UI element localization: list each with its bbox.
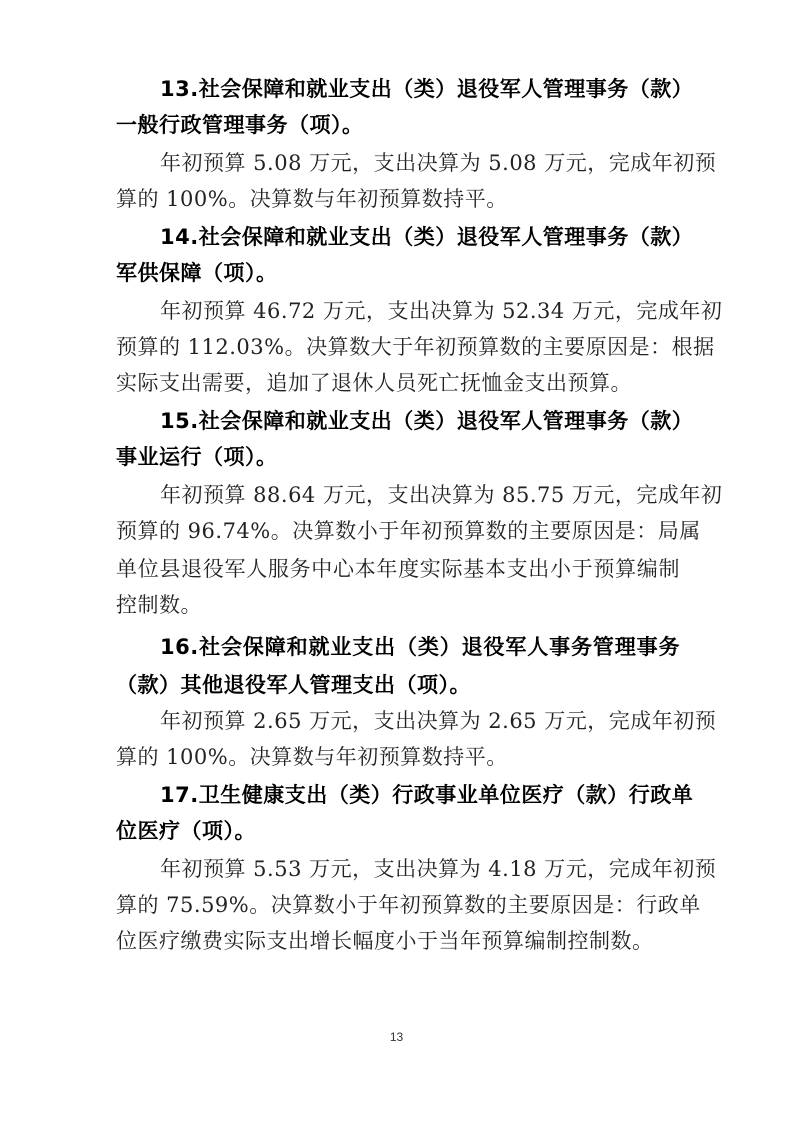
section-body-line: 控制数。 bbox=[116, 587, 680, 623]
section-heading-line: 15.社会保障和就业支出（类）退役军人管理事务（款） bbox=[160, 403, 680, 439]
document-page: 13.社会保障和就业支出（类）退役军人管理事务（款） 一般行政管理事务（项）。 … bbox=[0, 0, 793, 1122]
section-body-line: 年初预算 88.64 万元，支出决算为 85.75 万元，完成年初 bbox=[160, 477, 680, 513]
section-body-line: 位医疗缴费实际支出增长幅度小于当年预算编制控制数。 bbox=[116, 923, 680, 959]
section-body-line: 预算的 96.74%。决算数小于年初预算数的主要原因是：局属 bbox=[116, 513, 680, 549]
section-heading-line: 13.社会保障和就业支出（类）退役军人管理事务（款） bbox=[160, 71, 680, 107]
section-body-line: 算的 75.59%。决算数小于年初预算数的主要原因是：行政单 bbox=[116, 887, 680, 923]
section-body-line: 单位县退役军人服务中心本年度实际基本支出小于预算编制 bbox=[116, 551, 680, 587]
section-body-line: 算的 100%。决算数与年初预算数持平。 bbox=[116, 181, 680, 217]
section-body-line: 年初预算 46.72 万元，支出决算为 52.34 万元，完成年初 bbox=[160, 293, 680, 329]
section-body-line: 算的 100%。决算数与年初预算数持平。 bbox=[116, 739, 680, 775]
section-heading-line: 军供保障（项）。 bbox=[116, 255, 680, 291]
section-body-line: 年初预算 5.08 万元，支出决算为 5.08 万元，完成年初预 bbox=[160, 145, 680, 181]
section-body-line: 预算的 112.03%。决算数大于年初预算数的主要原因是：根据 bbox=[116, 329, 680, 365]
section-heading-line: 14.社会保障和就业支出（类）退役军人管理事务（款） bbox=[160, 219, 680, 255]
section-heading-line: 事业运行（项）。 bbox=[116, 439, 680, 475]
section-heading-line: 一般行政管理事务（项）。 bbox=[116, 107, 680, 143]
section-heading-line: 17.卫生健康支出（类）行政事业单位医疗（款）行政单 bbox=[160, 777, 680, 813]
page-number: 13 bbox=[0, 1028, 793, 1046]
section-heading-line: 16.社会保障和就业支出（类）退役军人事务管理事务 bbox=[160, 629, 680, 665]
section-body-line: 年初预算 5.53 万元，支出决算为 4.18 万元，完成年初预 bbox=[160, 851, 680, 887]
section-heading-line: 位医疗（项）。 bbox=[116, 813, 680, 849]
section-heading-line: （款）其他退役军人管理支出（项）。 bbox=[116, 667, 680, 703]
section-body-line: 实际支出需要，追加了退休人员死亡抚恤金支出预算。 bbox=[116, 365, 680, 401]
section-body-line: 年初预算 2.65 万元，支出决算为 2.65 万元，完成年初预 bbox=[160, 703, 680, 739]
